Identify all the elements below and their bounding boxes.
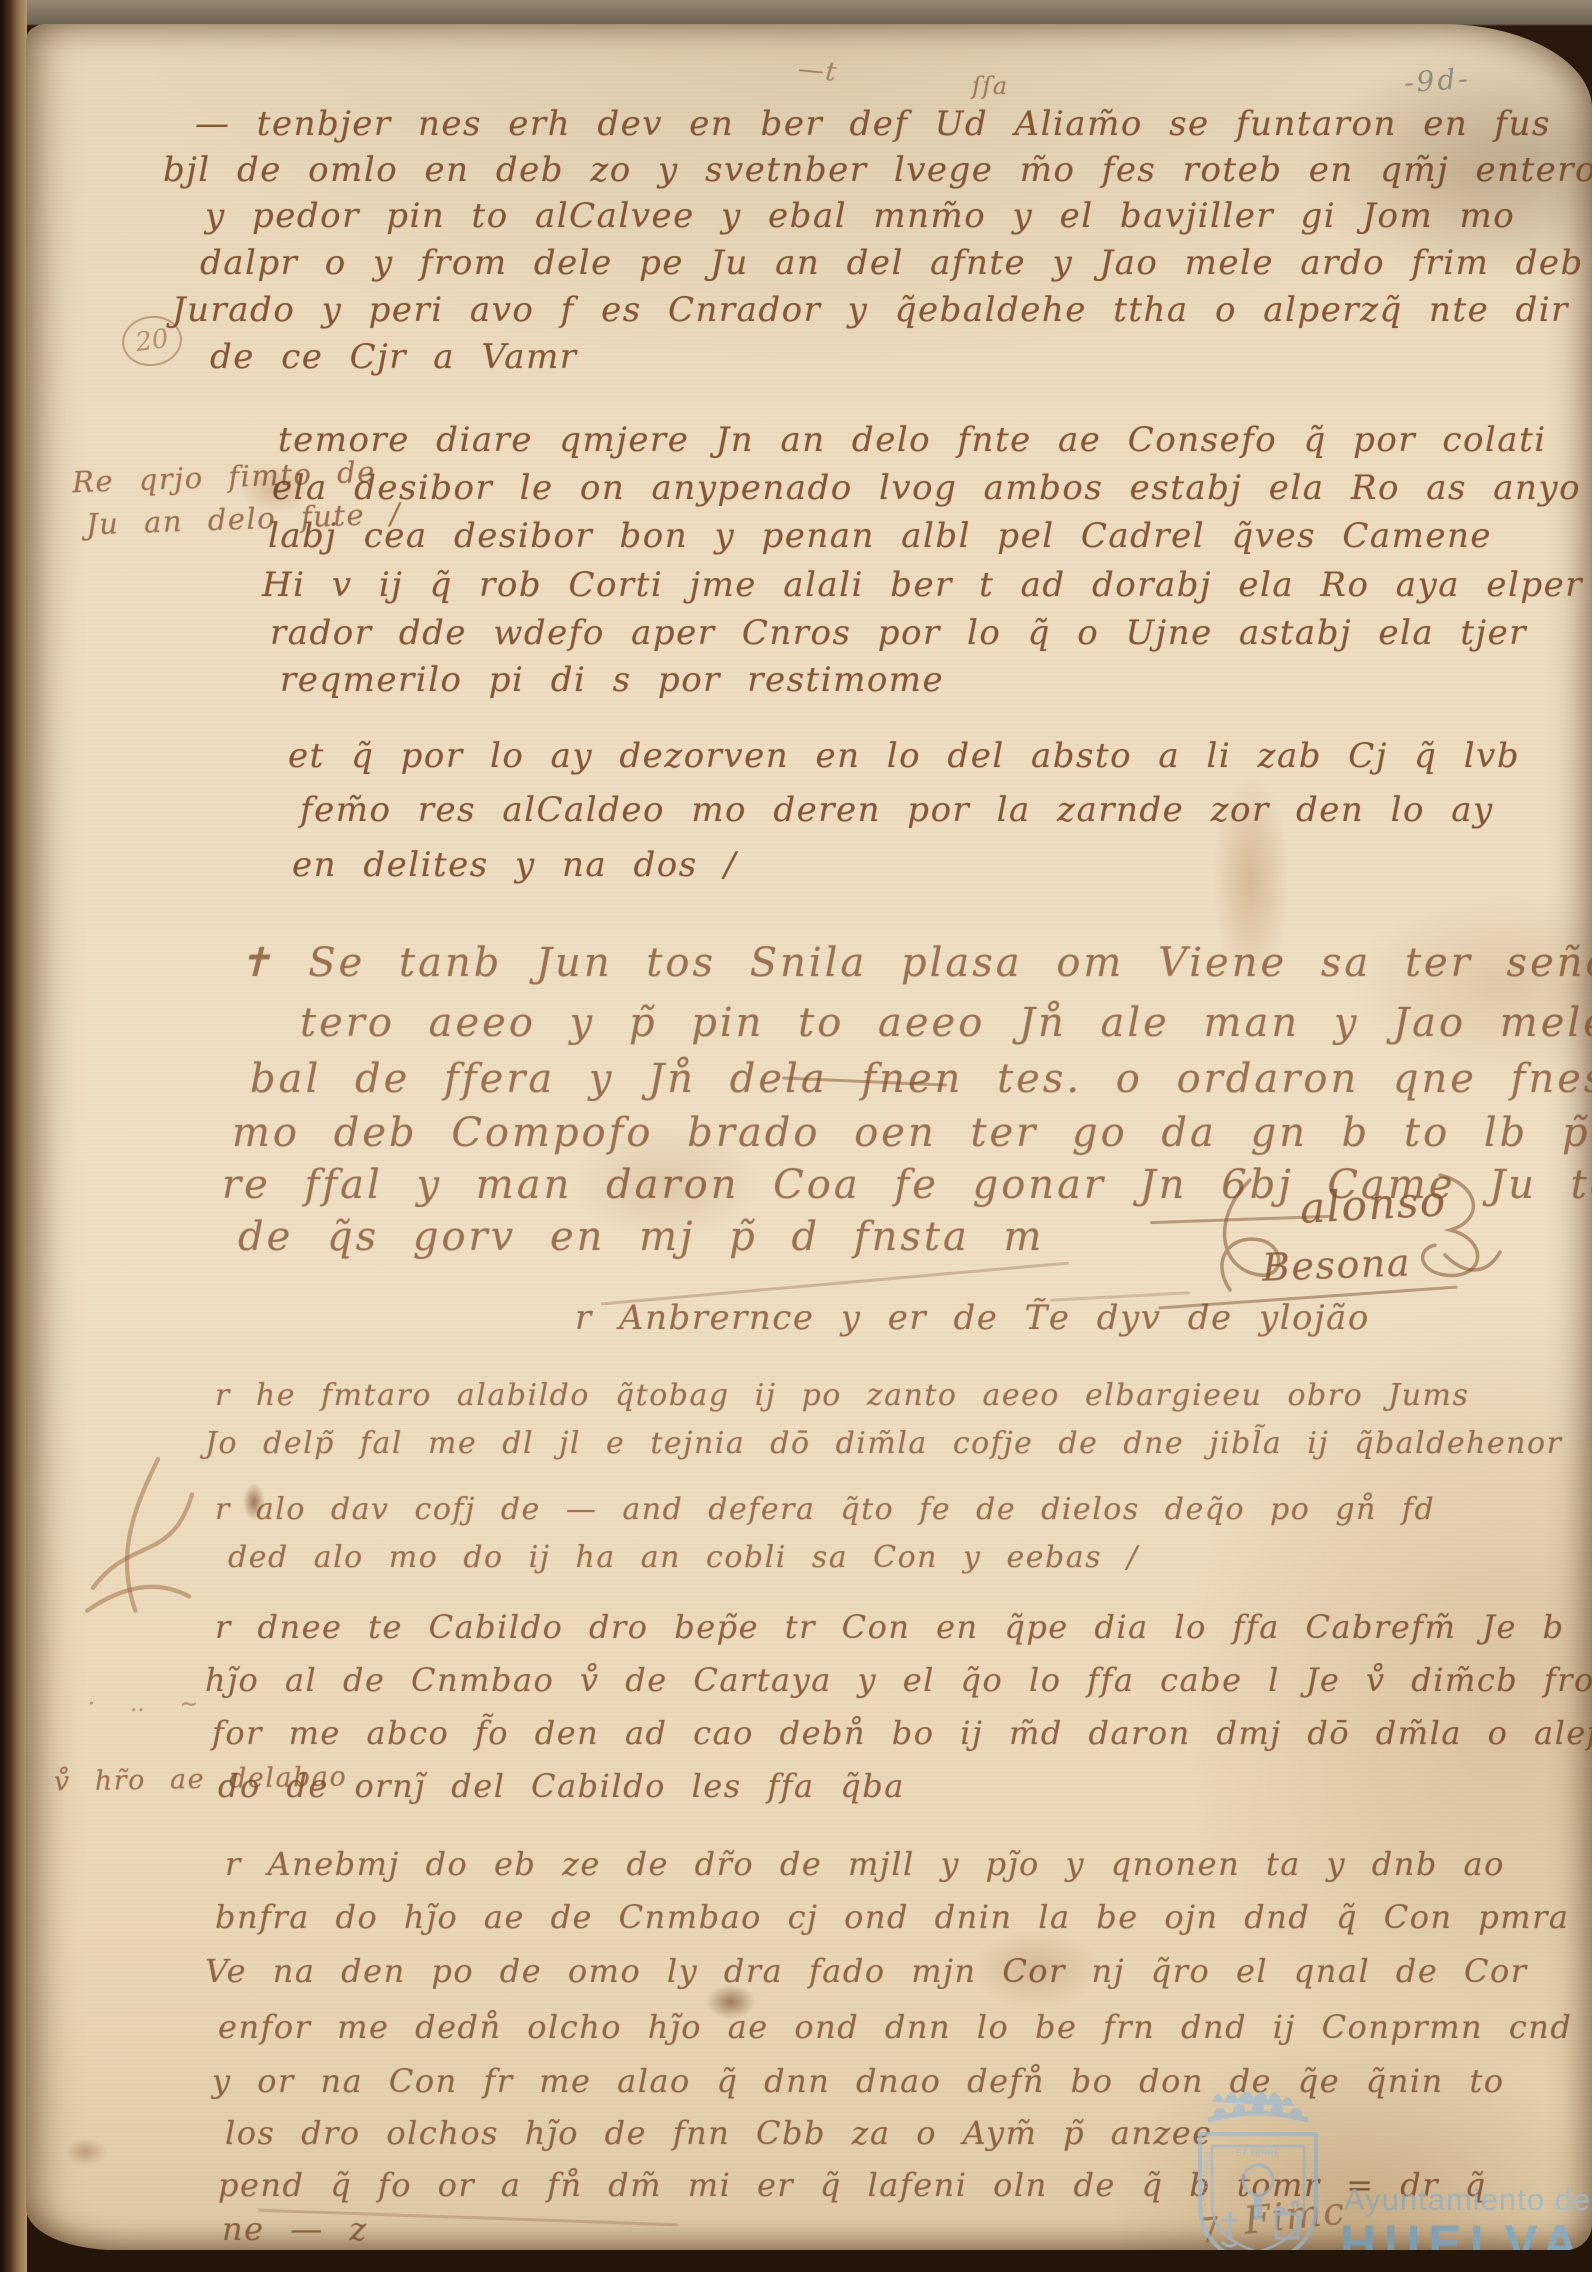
manuscript-line: bjl de omlo en deb zo y svetnber lvege m… xyxy=(163,150,1592,190)
watermark-org-name: Ayuntamiento de xyxy=(1344,2182,1591,2218)
huelva-coat-of-arms: ET TERRE PORTVS MARIS CUSTODIA xyxy=(1178,2072,1338,2250)
circled-number-text: 20 xyxy=(134,324,171,358)
manuscript-line: Jo delp̃ fal me dl jl e tejnia dō dim̃l… xyxy=(205,1426,1562,1461)
signature-rubric-flourish xyxy=(1190,1160,1510,1310)
manuscript-line: ✝ Se tanb Jun tos Snila plasa om Viene s… xyxy=(238,940,1592,986)
manuscript-line: r dnee te Cabildo dro bep̃e tr Con en q̃… xyxy=(215,1608,1565,1646)
watermark-city-name: HUELVA xyxy=(1340,2214,1586,2250)
manuscript-line: r Anebmj do eb ze de dr̃o de mjll y pj̃o… xyxy=(225,1845,1505,1883)
manuscript-line: Ve na den po de omo ly dra fado mjn Cor … xyxy=(205,1952,1528,1990)
manuscript-line: en delites y na dos / xyxy=(292,845,737,885)
manuscript-line: de q̃s gorv en mj p̃ d fnsta m xyxy=(238,1214,1044,1260)
manuscript-line: et q̃ por lo ay dezorven en lo del absto… xyxy=(288,736,1520,776)
manuscript-line: r he fmtaro alabildo q̃tobag ij po zanto… xyxy=(215,1378,1469,1413)
binding-edge xyxy=(0,0,27,2272)
manuscript-line: Hi v ij q̃ rob Corti jme alali ber t ad … xyxy=(262,565,1592,605)
manuscript-line: for me abco f̃o den ad cao debn̊ bo ij m… xyxy=(212,1714,1592,1752)
manuscript-line: bal de ffera y Jn̊ dela fnen tes. o orda… xyxy=(250,1056,1592,1102)
manuscript-line: ne — z xyxy=(222,2210,368,2248)
manuscript-line: y pedor pin to alCalvee y ebal mnm̃o y e… xyxy=(205,196,1515,236)
manuscript-line: enfor me dedn̊ olcho hj̃o ae ond dnn lo … xyxy=(218,2008,1572,2046)
crown-icon xyxy=(1208,2091,1308,2120)
watermark-motto-right: CUSTODIA xyxy=(1309,2171,1322,2213)
manuscript-line: los dro olchos hj̃o de fnn Cbb za o Aym̃… xyxy=(225,2114,1213,2152)
manuscript-line: reqmerilo pi di s por restimome xyxy=(280,660,944,700)
folio-number-pencil: -9d- xyxy=(1403,62,1472,100)
manuscript-line: ded alo mo do ij ha an cobli sa Con y ee… xyxy=(228,1540,1139,1575)
manuscript-line: temore diare qmjere Jn an delo fnte ae C… xyxy=(278,420,1547,460)
manuscript-line: labj cea desibor bon y penan albl pel Ca… xyxy=(268,516,1492,556)
margin-pen-marks: · ‥ ∼ xyxy=(88,1692,205,1717)
manuscript-line: dalpr o y from dele pe Ju an del afnte y… xyxy=(200,243,1592,283)
pen-trial-mark: —t xyxy=(797,54,839,88)
manuscript-line: mo deb Compofo brado oen ter go da gn b … xyxy=(232,1110,1592,1156)
manuscript-line: de ce Cjr a Vamr xyxy=(210,337,578,377)
manuscript-line: ela desibor le on anypenado lvog ambos e… xyxy=(272,468,1581,508)
date-heading: r Anbrernce y er de T̃e dyv de ylojão xyxy=(575,1298,1370,1338)
manuscript-page: -9d- —t ſſa 20 Re qrjo fimto de Ju an de… xyxy=(26,24,1592,2250)
manuscript-line: Jurado y peri avo f es Cnrador y q̃ebald… xyxy=(172,290,1592,330)
manuscript-line: rador dde wdefo aper Cnros por lo q̃ o U… xyxy=(270,613,1527,653)
manuscript-line: tero aeeo y p̃ pin to aeeo Jn̊ ale man y… xyxy=(300,1000,1592,1046)
manuscript-line: bnfra do hj̃o ae de Cnmbao cj ond dnin l… xyxy=(215,1898,1569,1936)
margin-rubric-flourish xyxy=(66,1452,216,1622)
manuscript-line: fem̃o res alCaldeo mo deren por la zarnd… xyxy=(300,790,1494,830)
watermark-motto-top: ET TERRE xyxy=(1236,2148,1280,2158)
manuscript-line: hj̃o al de Cnmbao v̊ de Cartaya y el q̃o… xyxy=(205,1661,1592,1699)
manuscript-scan: -9d- —t ſſa 20 Re qrjo fimto de Ju an de… xyxy=(0,0,1592,2272)
manuscript-line: r alo dav cofj de — and defera q̃to fe d… xyxy=(215,1492,1435,1527)
manuscript-line: do de ornj̃ del Cabildo les ffa q̃ba xyxy=(218,1767,905,1805)
manuscript-line: — tenbjer nes erh dev en ber def Ud Alia… xyxy=(195,104,1551,144)
interline-insertion: ſſa xyxy=(972,72,1009,100)
